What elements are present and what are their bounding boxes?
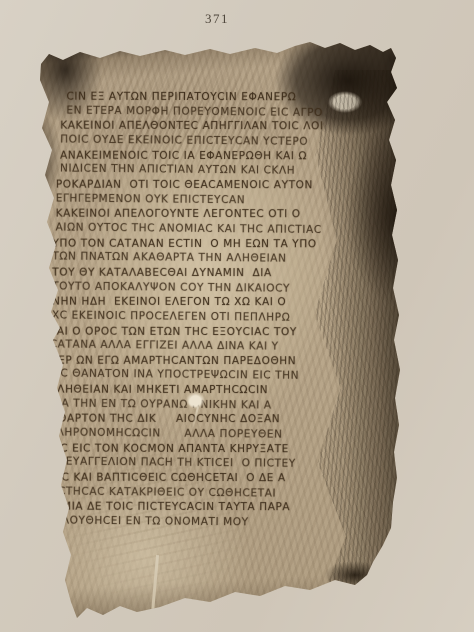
manuscript-line: ΚΟΛΟΥΘΗϹΕΙ ΕΝ ΤΩ ΟΝΟΜΑΤΙ ΜΟΥ bbox=[45, 513, 381, 531]
parchment-hole bbox=[186, 392, 205, 409]
manuscript-line: ΤΟΥ ΘΥ ΚΑΤΑΛΑΒΕϹΘΑΙ ΔΥΝΑΜΙΝ ΔΙΑ bbox=[52, 265, 383, 281]
manuscript-line: ΑΙΩΝ ΟΥΤΟϹ ΤΗϹ ΑΝΟΜΙΑϹ ΚΑΙ ΤΗϹ ΑΠΙϹΤΙΑϹ bbox=[55, 220, 383, 238]
manuscript-leaf: ϹΙΝ ΕΞ ΑΥΤΩΝ ΠΕΡΙΠΑΤΟΥϹΙΝ ΕΦΑΝΕΡΩΕΝ ΕΤΕΡ… bbox=[25, 40, 401, 626]
manuscript-line: ΧϹ ΕΚΕΙΝΟΙϹ ΠΡΟϹΕΛΕΓΕΝ ΟΤΙ ΠΕΠΛΗΡΩ bbox=[52, 308, 383, 326]
page-number: 371 bbox=[0, 11, 434, 27]
manuscript-line: ΡΟΚΑΡΔΙΑΝ ΟΤΙ ΤΟΙϹ ΘΕΑϹΑΜΕΝΟΙϹ ΑΥΤΟΝ bbox=[56, 178, 384, 194]
manuscript-line: ϹΑϹ ΚΑΙ ΒΑΠΤΙϹΘΕΙϹ ϹΩΘΗϹΕΤΑΙ Ο ΔΕ Α bbox=[46, 471, 382, 487]
manuscript-line: ϹΙΝ ΕΞ ΑΥΤΩΝ ΠΕΡΙΠΑΤΟΥϹΙΝ ΕΦΑΝΕΡΩ bbox=[66, 90, 384, 105]
manuscript-text: ϹΙΝ ΕΞ ΑΥΤΩΝ ΠΕΡΙΠΑΤΟΥϹΙΝ ΕΦΑΝΕΡΩΕΝ ΕΤΕΡ… bbox=[45, 89, 384, 531]
manuscript-line: ΚΛΗΡΟΝΟΜΗϹΩϹΙΝ ΑΛΛΑ ΠΟΡΕΥΘΕΝ bbox=[49, 426, 382, 444]
book-page-photo: 371 ϹΙΝ ΕΞ ΑΥΤΩΝ ΠΕΡΙΠΑΤΟΥϹΙΝ ΕΦΑΝΕΡΩΕΝ … bbox=[0, 0, 474, 632]
manuscript-line: ΠΟΙϹ ΟΥΔΕ ΕΚΕΙΝΟΙϹ ΕΠΙϹΤΕΥϹΑΝ ΥϹΤΕΡΟ bbox=[60, 132, 384, 150]
